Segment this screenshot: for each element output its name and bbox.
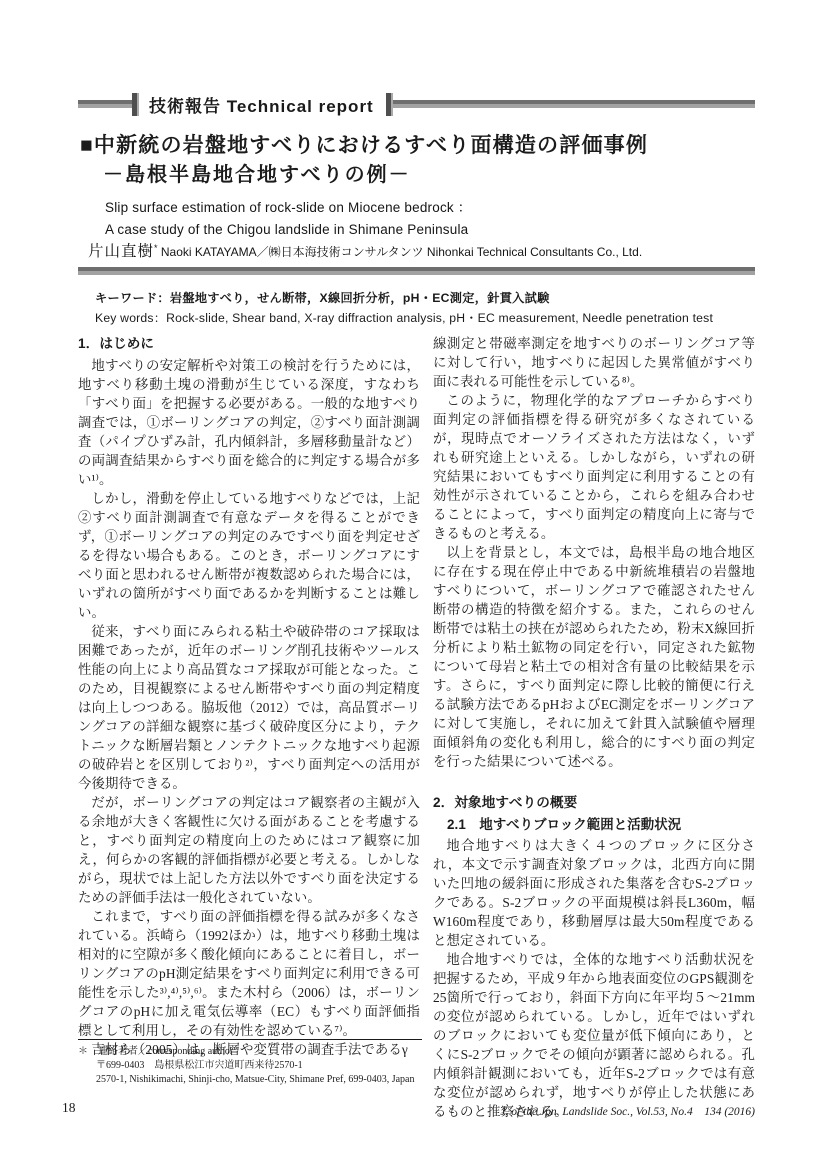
body-paragraph: 地合地すべりでは，全体的な地すべり活動状況を把握するため，平成９年から地表面変位…: [433, 950, 755, 1121]
banner-left-bar-icon: [132, 93, 139, 116]
body-paragraph: しかし，滑動を停止している地すべりなどでは，上記②すべり面計測調査で有意なデータ…: [78, 489, 420, 622]
ribbon-left-segment: [78, 100, 132, 108]
paper-page: 技術報告 Technical report ■中新統の岩盤地すべりにおけるすべり…: [0, 0, 827, 1170]
left-column: 1．はじめに地すべりの安定解析や対策工の検討を行うためには，地すべり移動土塊の滑…: [78, 334, 420, 1121]
body-paragraph: これまで，すべり面の評価指標を得る試みが多くなされている。浜崎ら（1992ほか）…: [78, 907, 420, 1040]
right-column: 線測定と帯磁率測定を地すべりのボーリングコア等に対して行い，地すべりに起因した異…: [433, 334, 755, 1121]
body-paragraph: 線測定と帯磁率測定を地すべりのボーリングコア等に対して行い，地すべりに起因した異…: [433, 334, 755, 391]
footnote-block: ＊ 連絡著者／corresponding author 〒699-0403 島根…: [78, 1039, 422, 1087]
author-affiliation: Naoki KATAYAMA／㈱日本海技術コンサルタンツ Nihonkai Te…: [158, 245, 643, 259]
page-number: 18: [62, 1100, 76, 1116]
body-columns: 1．はじめに地すべりの安定解析や対策工の検討を行うためには，地すべり移動土塊の滑…: [78, 334, 755, 1121]
paper-title-jp: ■中新統の岩盤地すべりにおけるすべり面構造の評価事例: [80, 131, 740, 161]
journal-reference: J. of the Jpn. Landslide Soc., Vol.53, N…: [500, 1103, 755, 1119]
section-heading: 2.1 地すべりブロック範囲と活動状況: [433, 815, 755, 834]
paper-title-en-line2: A case study of the Chigou landslide in …: [80, 219, 740, 241]
title-block: ■中新統の岩盤地すべりにおけるすべり面構造の評価事例 －島根半島地合地すべりの例…: [80, 131, 740, 241]
body-paragraph: 地合地すべりは大きく４つのブロックに区分され，本文で示す調査対象ブロックは，北西…: [433, 836, 755, 950]
body-paragraph: このように，物理化学的なアプローチからすべり面判定の評価指標を得る研究が多くなさ…: [433, 391, 755, 543]
body-paragraph: 以上を背景とし，本文では，島根半島の地合地区に存在する現在停止中である中新統堆積…: [433, 543, 755, 771]
body-paragraph: 従来，すべり面にみられる粘土や破砕帯のコア採取は困難であったが，近年のボーリング…: [78, 622, 420, 793]
body-paragraph: だが，ボーリングコアの判定はコア観察者の主観が入る余地が大きく客観性に欠ける面が…: [78, 793, 420, 907]
separator-bar: [78, 267, 755, 275]
banner-right-bar-icon: [386, 93, 393, 116]
paper-title-en-line1: Slip surface estimation of rock-slide on…: [80, 197, 740, 219]
footnote-address-en: 2570-1, Nishikimachi, Shinji-cho, Matsue…: [78, 1073, 422, 1087]
footnote-corresponding-author: ＊ 連絡著者／corresponding author: [78, 1045, 422, 1059]
keywords-jp: キーワード：岩盤地すべり，せん断帯，X線回折分析，pH・EC測定，針貫入試験: [95, 288, 735, 308]
section-heading: 1．はじめに: [78, 334, 420, 353]
author-name: 片山直樹: [88, 243, 154, 260]
ribbon-right-segment: [393, 100, 755, 108]
report-type-label: 技術報告 Technical report: [139, 92, 386, 117]
keywords-block: キーワード：岩盤地すべり，せん断帯，X線回折分析，pH・EC測定，針貫入試験 K…: [95, 288, 735, 328]
report-type-banner: 技術報告 Technical report: [78, 92, 755, 116]
footnote-address-jp: 〒699-0403 島根県松江市宍道町西来待2570-1: [78, 1059, 422, 1073]
section-heading: 2．対象地すべりの概要: [433, 793, 755, 812]
paper-subtitle-jp: －島根半島地合地すべりの例－: [80, 161, 740, 190]
body-paragraph: 地すべりの安定解析や対策工の検討を行うためには，地すべり移動土塊の滑動が生じてい…: [78, 356, 420, 489]
keywords-en: Key words：Rock-slide, Shear band, X-ray …: [95, 308, 735, 328]
author-line: 片山直樹* Naoki KATAYAMA／㈱日本海技術コンサルタンツ Nihon…: [88, 239, 738, 261]
